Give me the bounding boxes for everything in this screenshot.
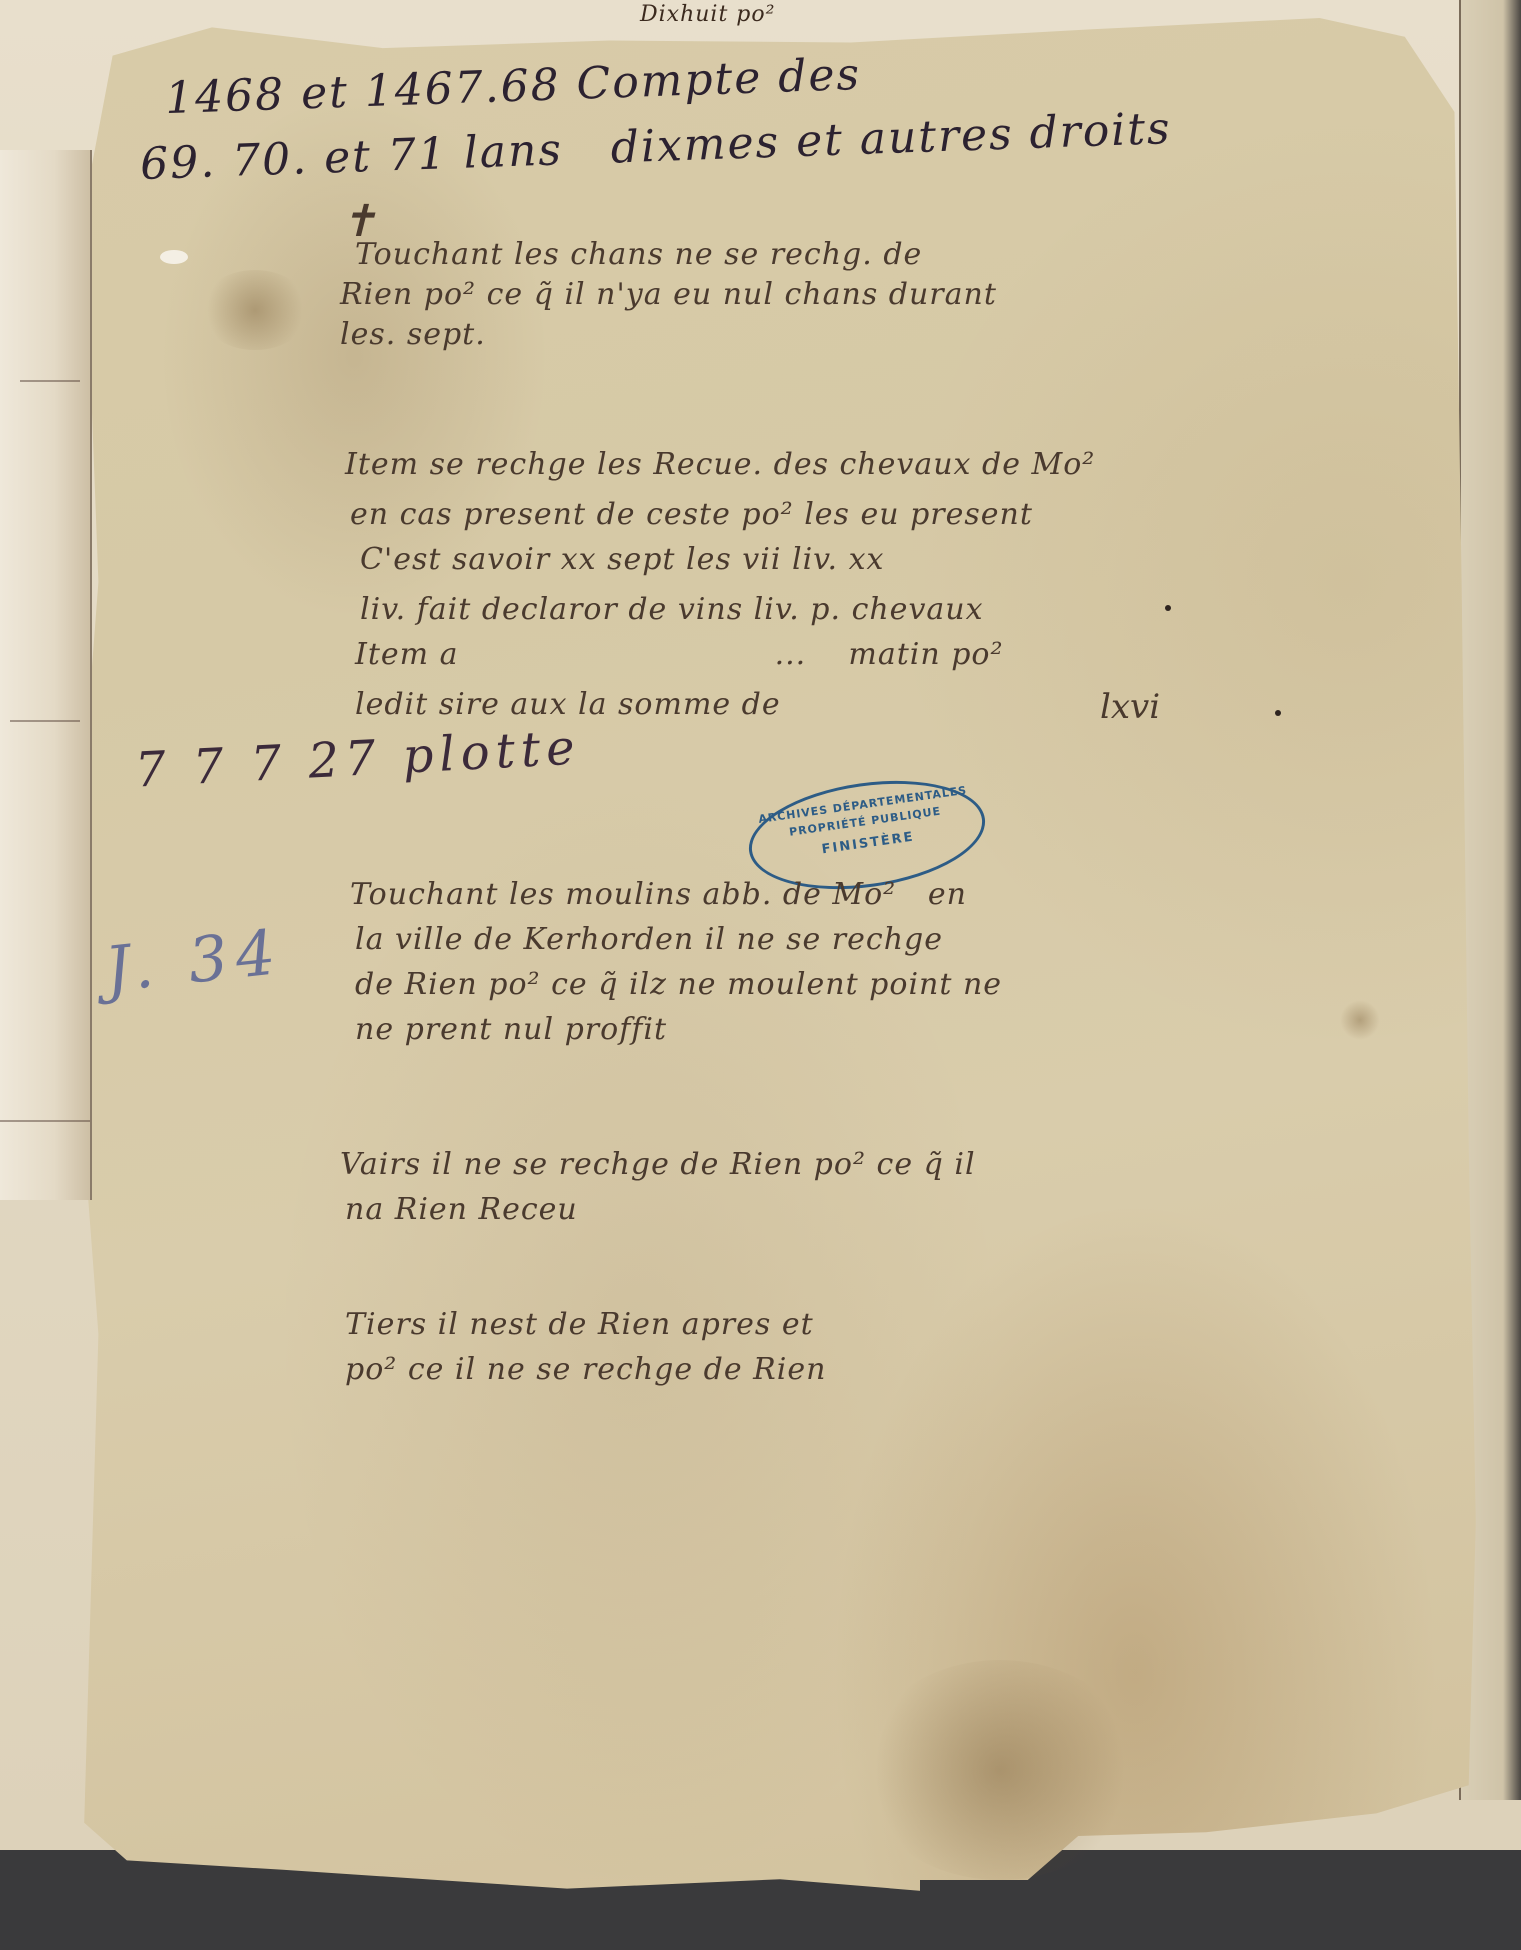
pencil-shelfmark: J. 34 (102, 921, 286, 1001)
entry-3-line-3: de Rien po² ce q̃ ilz ne moulent point n… (355, 970, 1002, 1000)
entry-1-line-3: les. sept. (340, 320, 486, 350)
entry-2-line-1: Item se rechge les Recue. des chevaux de… (345, 450, 1095, 480)
punch-hole (160, 250, 188, 264)
entry-2-line-4: liv. fait declaror de vins liv. p. cheva… (360, 595, 984, 625)
ink-dot (1275, 710, 1281, 716)
spot-stain (1340, 1000, 1380, 1040)
entry-5-line-1: Tiers il nest de Rien apres et (345, 1310, 814, 1340)
underlying-sheet-label: Dixhuit po² (640, 2, 775, 27)
entry-2-line-3: C'est savoir xx sept les vii liv. xx (360, 545, 884, 575)
ink-dot (1165, 605, 1171, 611)
ink-stain (200, 270, 310, 350)
crease (10, 720, 80, 722)
entry-3-line-4: ne prent nul proffit (355, 1015, 667, 1045)
crease (20, 380, 80, 382)
entry-3-line-1: Touchant les moulins abb. de Mo² en (350, 880, 967, 910)
entry-2-total: lxvi (1100, 690, 1160, 724)
entry-4-line-1: Vairs il ne se rechge de Rien po² ce q̃ … (340, 1150, 976, 1180)
entry-2-line-5: Item a ... matin po² (355, 640, 1004, 670)
background-table-surface (920, 1880, 1521, 1950)
entry-3-line-2: la ville de Kerhorden il ne se rechge (355, 925, 943, 955)
entry-2-line-2: en cas present de ceste po² les eu prese… (350, 500, 1033, 530)
folded-left-margin (0, 150, 92, 1200)
entry-1-line-2: Rien po² ce q̃ il n'ya eu nul chans dura… (340, 280, 997, 310)
crease (0, 1120, 90, 1122)
entry-2-line-6: ledit sire aux la somme de (355, 690, 781, 720)
entry-5-line-2: po² ce il ne se rechge de Rien (345, 1355, 826, 1385)
entry-4-line-2: na Rien Receu (345, 1195, 578, 1225)
entry-1-line-1: Touchant les chans ne se rechg. de (355, 240, 922, 270)
water-stain (860, 1660, 1140, 1880)
